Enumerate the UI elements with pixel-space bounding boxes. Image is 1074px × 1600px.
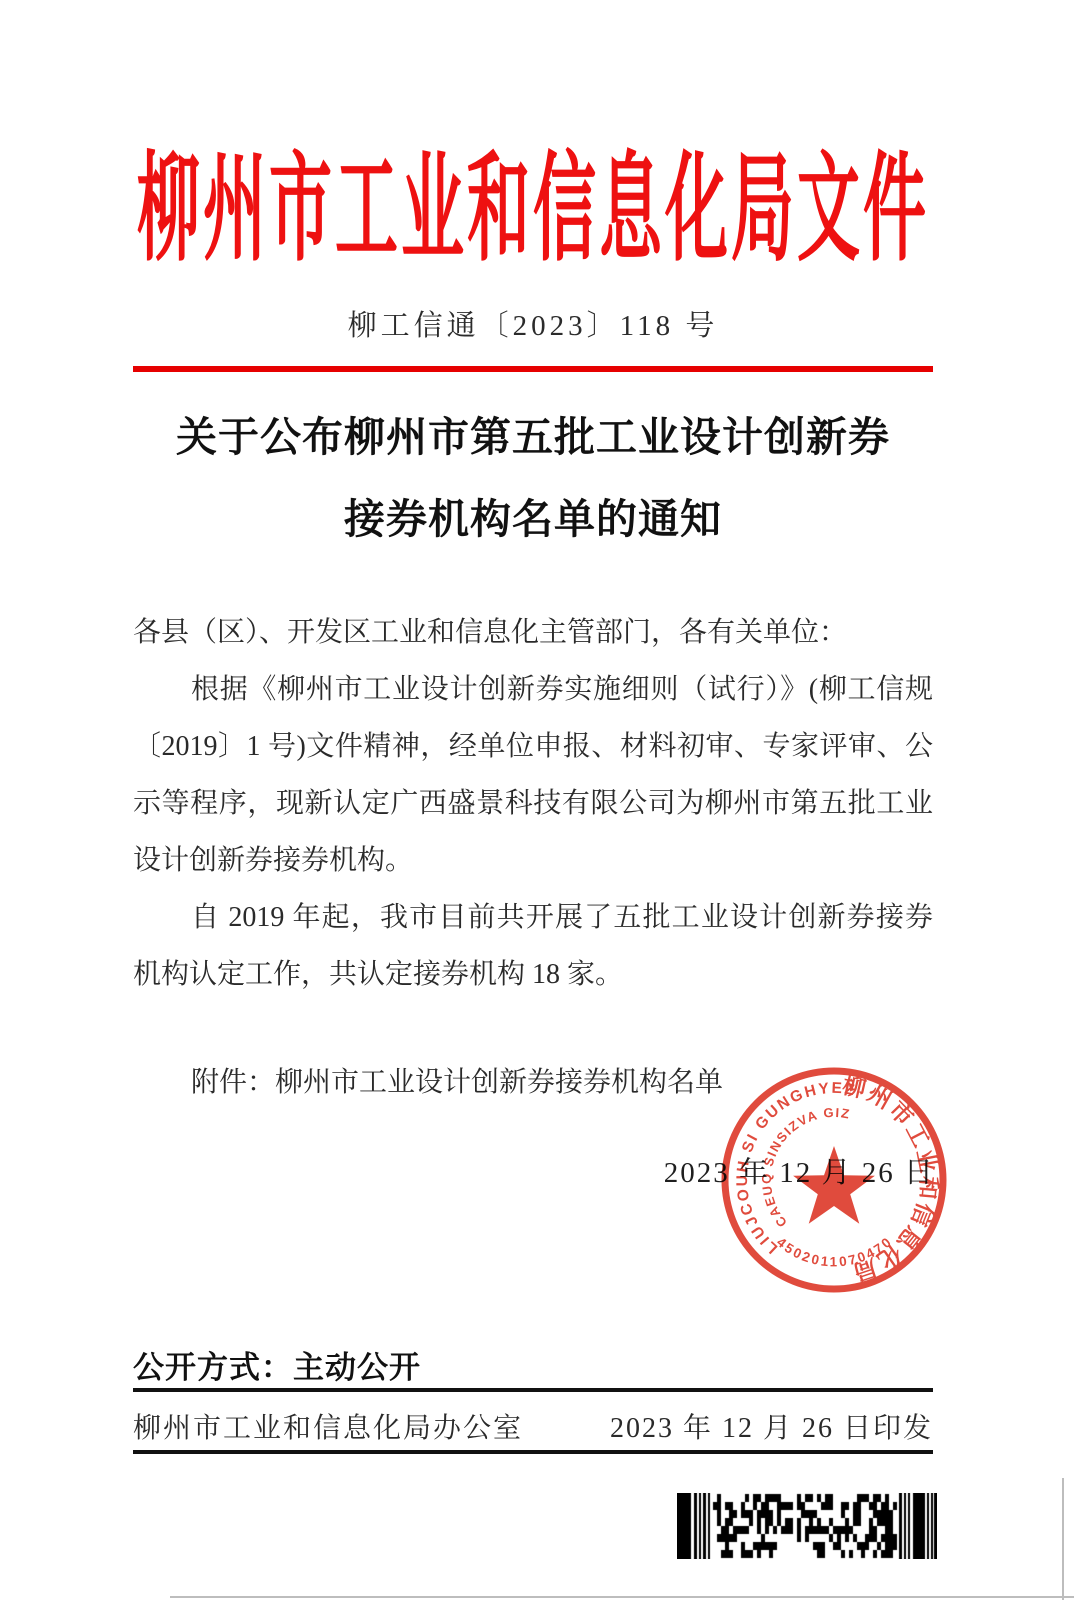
issuing-office: 柳州市工业和信息化局办公室	[133, 1406, 523, 1446]
body-line: 示等程序，现新认定广西盛景科技有限公司为柳州市第五批工业	[133, 775, 933, 832]
publicity-method: 公开方式：主动公开	[133, 1342, 421, 1387]
print-date: 2023 年 12 月 26 日印发	[610, 1406, 933, 1446]
document-page: 柳州市工业和信息化局文件 柳工信通〔2023〕118 号 关于公布柳州市第五批工…	[0, 0, 1074, 1600]
footer-rule-bottom	[133, 1450, 933, 1454]
body-line: 根据《柳州市工业设计创新券实施细则（试行）》(柳工信规	[133, 661, 933, 718]
document-title-line2: 接券机构名单的通知	[133, 478, 933, 560]
document-title: 关于公布柳州市第五批工业设计创新券 接券机构名单的通知	[133, 396, 933, 560]
official-seal-icon: LIUJCOUH SI GUNGHYEZ 柳州市工业和信息化局 CAEUQ SI…	[716, 1062, 952, 1298]
svg-text:4502011070470: 4502011070470	[774, 1233, 896, 1269]
letterhead: 柳州市工业和信息化局文件	[133, 128, 933, 270]
body-line: 自 2019 年起，我市目前共开展了五批工业设计创新券接券	[133, 889, 933, 946]
seal-star-icon	[793, 1146, 875, 1224]
doc-number: 柳工信通〔2023〕118 号	[133, 303, 933, 344]
page-edge-right	[1062, 1478, 1064, 1600]
body-line: 机构认定工作，共认定接券机构 18 家。	[133, 946, 933, 1003]
document-body: 各县（区）、开发区工业和信息化主管部门，各有关单位： 根据《柳州市工业设计创新券…	[133, 604, 933, 1111]
seal-code: 4502011070470	[774, 1233, 896, 1269]
body-line: 设计创新券接券机构。	[133, 832, 933, 889]
footer-rule-top	[133, 1388, 933, 1392]
red-divider-rule	[133, 366, 933, 372]
body-line: 〔2019〕1 号)文件精神，经单位申报、材料初审、专家评审、公	[133, 718, 933, 775]
body-line: 各县（区）、开发区工业和信息化主管部门，各有关单位：	[133, 604, 933, 661]
document-title-line1: 关于公布柳州市第五批工业设计创新券	[133, 396, 933, 478]
org-title: 柳州市工业和信息化局文件	[137, 113, 929, 284]
pdf417-barcode-icon	[677, 1493, 937, 1559]
footer-row: 柳州市工业和信息化局办公室 2023 年 12 月 26 日印发	[133, 1406, 933, 1446]
page-edge-bottom	[170, 1596, 1074, 1598]
